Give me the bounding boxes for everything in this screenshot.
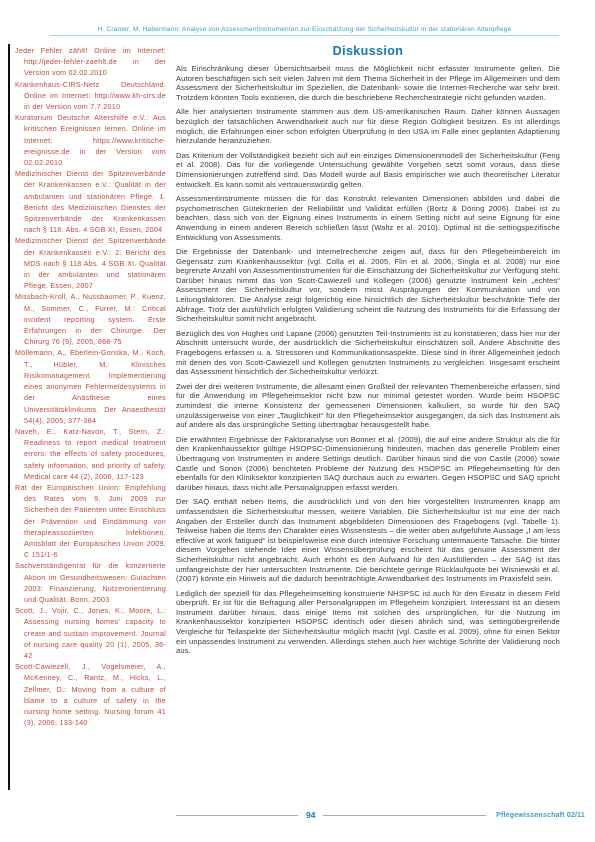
page-footer: 94 Pflegewissenschaft 02/11 [176,808,585,822]
body-paragraph: Die Ergebnisse der Datenbank- und Intern… [176,247,560,324]
reference-item: Kuratorium Deutsche Altershilfe e.V.: Au… [15,112,166,168]
body-paragraph: Lediglich der speziell für das Pflegehei… [176,589,560,656]
body-paragraph: Der SAQ enthält neben Items, die ausdrüc… [176,497,560,583]
reference-item: Rat der Europäischen Union: Empfehlung d… [15,482,166,560]
reference-item: Scott, J., Vojir, C., Jones, K., Moore, … [15,605,166,661]
body-paragraph: Bezüglich des von Hughes und Lapane (200… [176,329,560,377]
left-rule-divider [8,44,10,790]
page-number: 94 [306,810,315,820]
reference-item: Medizinischer Dienst der Spitzenverbände… [15,235,166,291]
body-paragraph: Assessmentinstrumente müssen die für das… [176,194,560,242]
body-paragraph: Zwei der drei weiteren Instrumente, die … [176,382,560,430]
footer-rule-right [323,815,486,816]
journal-issue-label: Pflegewissenschaft 02/11 [496,812,585,819]
document-page: H. Cramer, M. Habermann: Analyse von Ass… [0,0,595,842]
body-paragraph: Die erwähnten Ergebnisse der Faktoranaly… [176,435,560,493]
reference-item: Missbach-Kroll, A., Nussbaumer, P., Kuen… [15,291,166,347]
body-paragraph: Das Kriterium der Vollständigkeit bezieh… [176,151,560,189]
footer-rule-left [176,815,298,816]
reference-item: Möllemann, A., Eberlein-Gonska, M., Koch… [15,347,166,425]
reference-item: Medizinischer Dienst der Spitzenverbände… [15,168,166,235]
body-paragraph: Als Einschränkung dieser Übersichtsarbei… [176,64,560,102]
running-head: H. Cramer, M. Habermann: Analyse von Ass… [50,26,559,36]
reference-item: Jeder Fehler zählt! Online im Internet: … [15,45,166,79]
reference-item: Krankenhaus-CIRS-Netz Deutschland. Onlin… [15,79,166,113]
references-sidebar: Jeder Fehler zählt! Online im Internet: … [15,45,166,728]
reference-item: Scott-Cawiezell, J., Vogelsmeier, A., Mc… [15,661,166,728]
section-heading: Diskussion [176,44,560,58]
body-paragraph: Alle hier analysierten Instrumente stamm… [176,107,560,145]
reference-item: Sachverständigenrat für die konzertierte… [15,560,166,605]
reference-item: Naveh, E., Katz-Navon, T., Stern, Z.: Re… [15,426,166,482]
main-column: Diskussion Als Einschränkung dieser Über… [176,44,560,661]
body-text: Als Einschränkung dieser Übersichtsarbei… [176,64,560,656]
